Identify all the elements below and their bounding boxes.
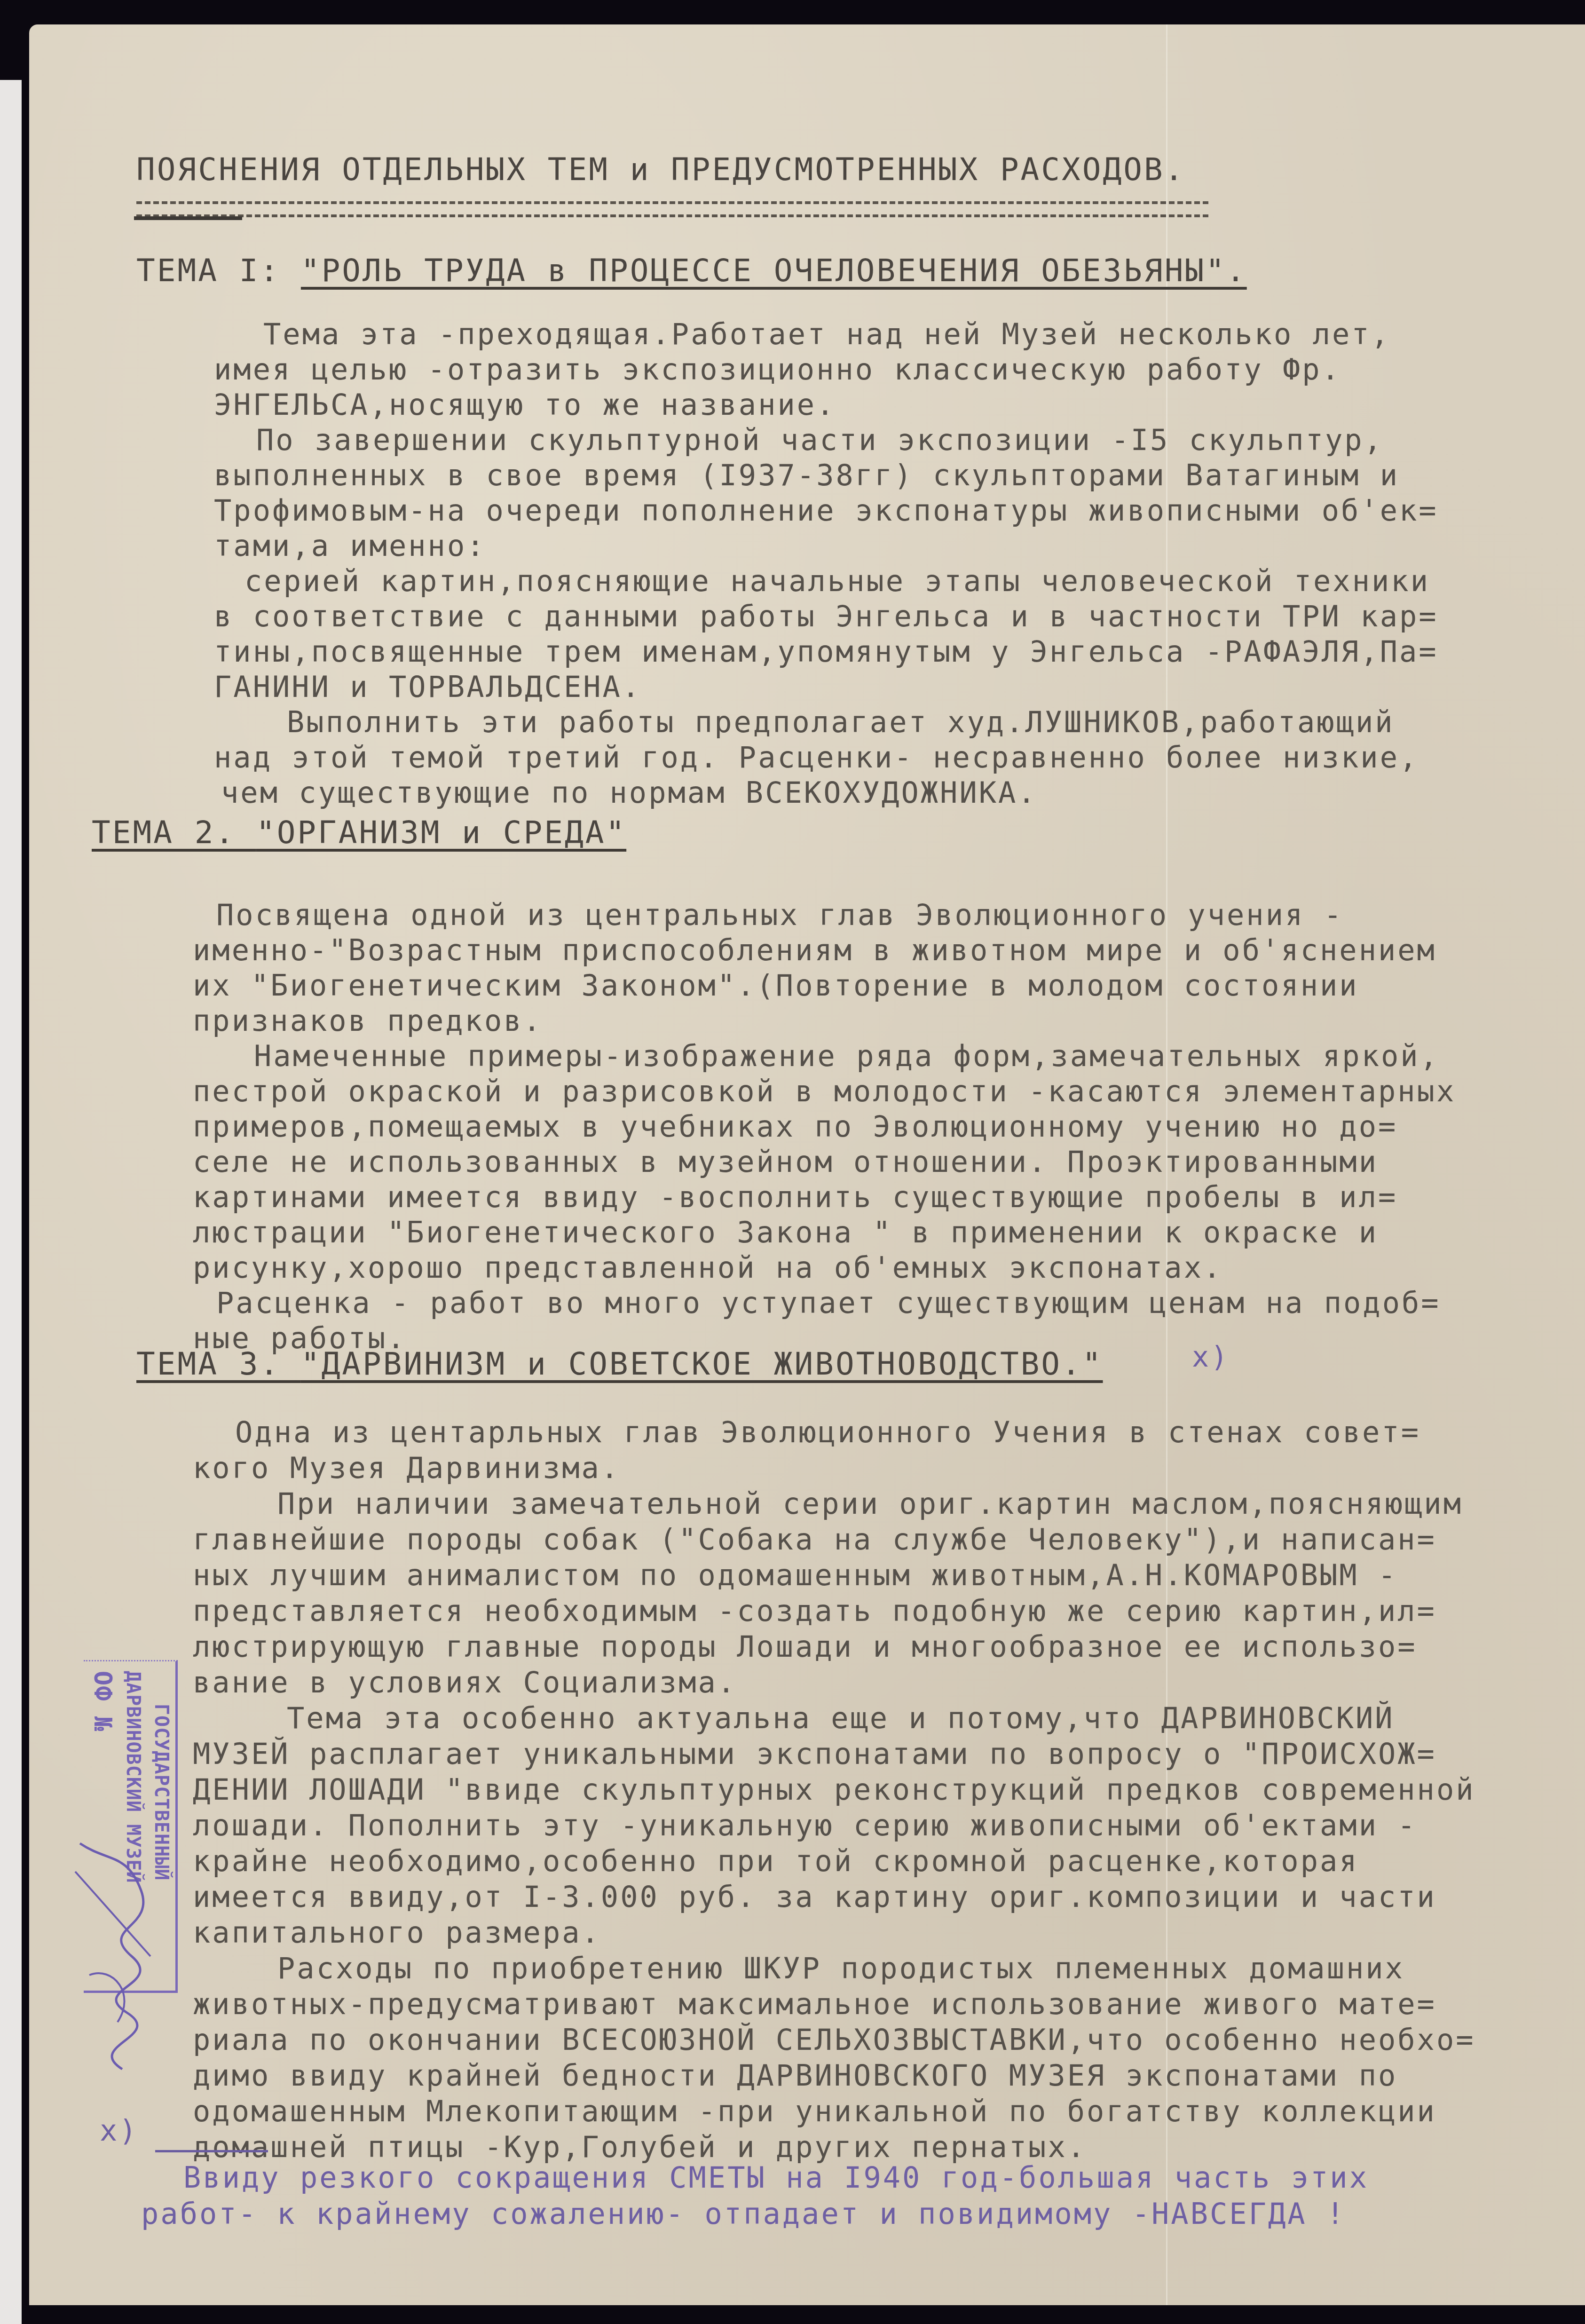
text-line: над этой темой третий год. Расценки- нес… xyxy=(214,743,1419,772)
text-line: димо ввиду крайней бедности ДАРВИНОВСКОГ… xyxy=(193,2061,1397,2090)
text-line: вание в условиях Социализма. xyxy=(193,1668,737,1697)
text-line: именно-"Возрастным приспособлениям в жив… xyxy=(193,936,1436,965)
text-line: Посвящена одной из центральных глав Эвол… xyxy=(216,901,1343,930)
text-line: крайне необходимо,особенно при той скром… xyxy=(193,1847,1359,1876)
text-line: Расценка - работ во много уступает сущес… xyxy=(216,1288,1441,1318)
text-line: имеется ввиду,от I-3.000 руб. за картину… xyxy=(193,1882,1436,1912)
text-line: риала по окончании ВСЕСОЮЗНОЙ СЕЛЬХОЗВЫС… xyxy=(193,2025,1475,2055)
text-line: примеров,помещаемых в учебниках по Эволю… xyxy=(193,1112,1397,1141)
text-line: люстрации "Биогенетического Закона " в п… xyxy=(193,1218,1378,1247)
section-2-heading: ТЕМА 2. "ОРГАНИЗМ и СРЕДА" xyxy=(92,818,626,847)
footnote-rule xyxy=(155,2150,268,2152)
stamp-line-3: ОФ № xyxy=(88,1671,117,1731)
scan-edge-strip xyxy=(0,80,22,2324)
document-title: ПОЯСНЕНИЯ ОТДЕЛЬНЫХ ТЕМ и ПРЕДУСМОТРЕННЫ… xyxy=(136,155,1185,184)
text-line: одомашенным Млекопитающим -при уникально… xyxy=(193,2097,1436,2126)
text-line: серией картин,поясняющие начальные этапы… xyxy=(244,567,1430,596)
text-line: Ввиду резкого сокращения СМЕТЫ на I940 г… xyxy=(183,2163,1369,2192)
text-line: ДЕНИИ ЛОШАДИ "ввиде скульптурных реконст… xyxy=(193,1775,1475,1804)
text-line: При наличии замечательной серии ориг.кар… xyxy=(277,1489,1463,1518)
text-line: тами,а именно: xyxy=(214,531,486,561)
text-line: Намеченные примеры-изображение ряда форм… xyxy=(254,1042,1439,1071)
text-line: Одна из центарльных глав Эволюционного У… xyxy=(235,1418,1420,1447)
text-line: главнейшие породы собак ("Собака на служ… xyxy=(193,1525,1436,1554)
text-line: в соответствие с данными работы Энгельса… xyxy=(214,602,1438,631)
text-line: Трофимовым-на очереди пополнение экспона… xyxy=(214,496,1438,525)
handwritten-signature xyxy=(71,1834,165,2097)
section-1-prefix: ТЕМА I: xyxy=(136,253,301,289)
section-1-heading: ТЕМА I: "РОЛЬ ТРУДА в ПРОЦЕССЕ ОЧЕЛОВЕЧЕ… xyxy=(136,256,1247,285)
section-3-prefix: ТЕМА 3. xyxy=(136,1346,301,1382)
text-line: Расходы по приобретению ШКУР породистых … xyxy=(277,1954,1404,1983)
text-line: домашней птицы -Кур,Голубей и других пер… xyxy=(193,2133,1087,2162)
text-line: Выполнить эти работы предполагает худ.ЛУ… xyxy=(287,708,1395,737)
text-line: ных лучшим анималистом по одомашенным жи… xyxy=(193,1561,1397,1590)
text-line: имея целью -отразить экспозиционно класс… xyxy=(214,355,1341,384)
footnote-marker: x) xyxy=(100,2116,139,2145)
text-line: ЭНГЕЛЬСА,носящую то же название. xyxy=(214,390,836,419)
text-line: ГАНИНИ и ТОРВАЛЬДСЕНА. xyxy=(214,672,641,702)
text-line: рисунку,хорошо представленной на об'емны… xyxy=(193,1253,1222,1282)
section-3-title: "ДАРВИНИЗМ и СОВЕТСКОЕ ЖИВОТНОВОДСТВО." xyxy=(301,1346,1103,1382)
text-line: картинами имеется ввиду -восполнить суще… xyxy=(193,1183,1397,1212)
text-line: кого Музея Дарвинизма. xyxy=(193,1454,620,1483)
text-line: По завершении скульптурной части экспози… xyxy=(256,426,1383,455)
text-line: выполненных в свое время (I937-38гг) ску… xyxy=(214,461,1399,490)
text-line: представляется необходимым -создать подо… xyxy=(193,1597,1436,1626)
section-3-heading: ТЕМА 3. "ДАРВИНИЗМ и СОВЕТСКОЕ ЖИВОТНОВО… xyxy=(136,1350,1103,1379)
text-line: тины,посвященные трем именам,упомянутым … xyxy=(214,637,1438,666)
text-line: лошади. Пополнить эту -уникальную серию … xyxy=(193,1811,1417,1840)
text-line: люстрирующую главные породы Лошади и мно… xyxy=(193,1632,1417,1661)
section-1-title: "РОЛЬ ТРУДА в ПРОЦЕССЕ ОЧЕЛОВЕЧЕНИЯ ОБЕЗ… xyxy=(301,253,1247,289)
text-line: Тема эта особенно актуальна еще и потому… xyxy=(287,1704,1395,1733)
text-line: капитального размера. xyxy=(193,1918,601,1947)
title-rule-tail xyxy=(134,216,242,220)
text-line: пестрой окраской и разрисовкой в молодос… xyxy=(193,1077,1456,1106)
section-3-footnote-marker: x) xyxy=(1192,1343,1230,1372)
section-2-prefix: ТЕМА 2. xyxy=(92,814,256,851)
title-double-rule xyxy=(136,201,1208,217)
text-line: МУЗЕЙ расплагает уникальными экспонатами… xyxy=(193,1739,1436,1769)
text-line: селе не использованных в музейном отноше… xyxy=(193,1147,1378,1177)
text-line: животных-предусматривают максимальное ис… xyxy=(193,1990,1436,2019)
text-line: их "Биогенетическим Законом".(Повторение… xyxy=(193,971,1359,1000)
text-line: чем существующие по нормам ВСЕКОХУДОЖНИК… xyxy=(221,778,1037,807)
text-line: работ- к крайнему сожалению- отпадает и … xyxy=(141,2199,1346,2229)
text-line: Тема эта -преходящая.Работает над ней Му… xyxy=(263,320,1390,349)
section-2-title: "ОРГАНИЗМ и СРЕДА" xyxy=(256,814,626,851)
text-line: признаков предков. xyxy=(193,1006,543,1036)
